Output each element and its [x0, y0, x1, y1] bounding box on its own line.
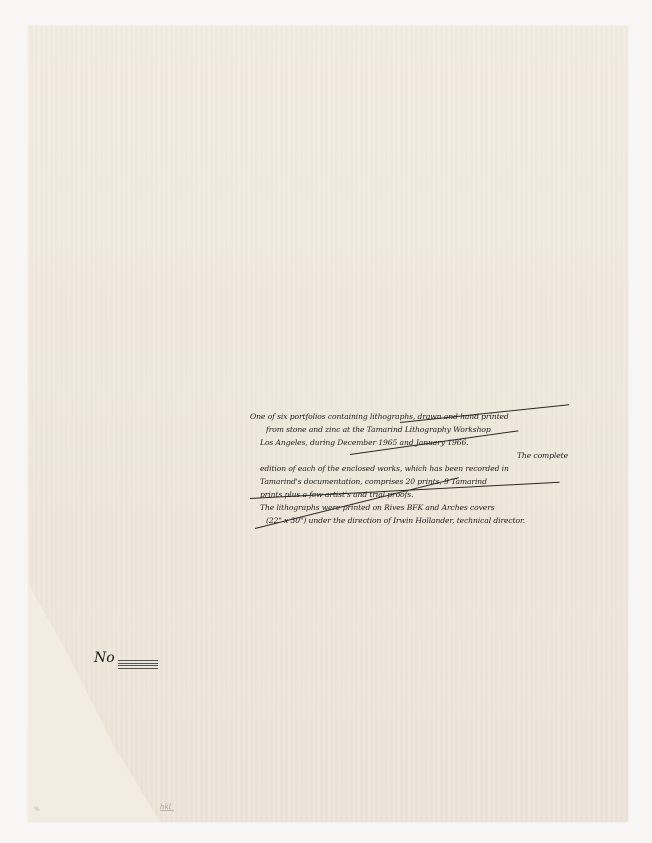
pencil-signature: hkl [160, 803, 171, 811]
number-label: No [94, 650, 115, 666]
colophon-line-1: One of six portfolios containing lithogr… [250, 410, 610, 423]
edition-pencil-mark: % [34, 806, 40, 813]
colophon-line-8: The lithographs were printed on Rives BF… [250, 501, 610, 514]
colophon-line-2: from stone and zinc at the Tamarind Lith… [250, 423, 610, 436]
colophon-line-5: edition of each of the enclosed works, w… [250, 462, 610, 475]
number-blank-lines [118, 660, 158, 670]
colophon-line-4: The complete [250, 449, 610, 462]
colophon-text: One of six portfolios containing lithogr… [250, 410, 610, 527]
edition-number-mark: No [92, 640, 162, 676]
